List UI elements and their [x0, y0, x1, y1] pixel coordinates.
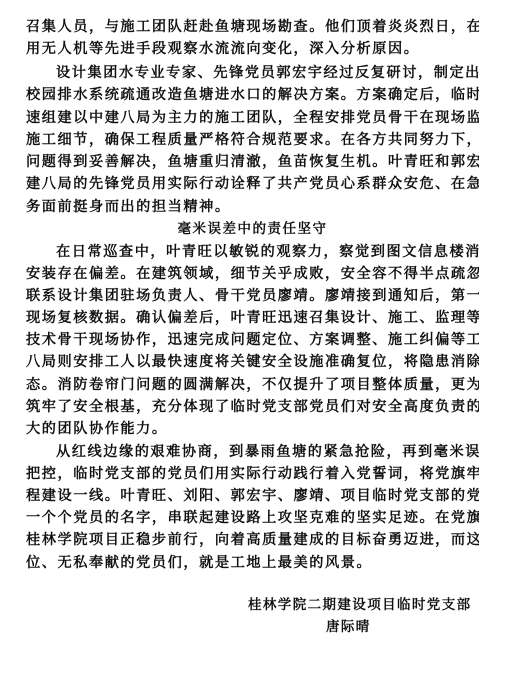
paragraph-2-line-2: 校园排水系统疏通改造鱼塘进水口的解决方案。方案确定后，临时党支部迅 [26, 84, 479, 106]
paragraph-1-line-1: 召集人员，与施工团队赶赴鱼塘现场勘查。他们顶着炎炎烈日，在鱼塘边运 [26, 16, 479, 38]
paragraph-2-line-6: 建八局的先锋党员用实际行动诠释了共产党员心系群众安危、在急难险重任 [26, 173, 479, 195]
paragraph-3-line-4: 现场复核数据。确认偏差后，叶青旺迅速召集设计、施工、监理等环节党员 [26, 307, 479, 329]
paragraph-2-line-1: 设计集团水专业专家、先锋党员郭宏宇经过反复研讨，制定出通过优化 [56, 62, 479, 84]
section-heading: 毫米误差中的责任坚守 [0, 218, 505, 240]
signature-organization: 桂林学院二期建设项目临时党支部 [248, 594, 472, 616]
paragraph-2-line-4: 施工细节，确保工程质量严格符合规范要求。在各方共同努力下，鱼塘过水 [26, 129, 479, 151]
paragraph-4-line-2: 把控，临时党支部的党员们用实际行动践行着入党誓词，将党旗牢牢插在工 [26, 463, 479, 485]
paragraph-1-line-2: 用无人机等先进手段观察水流流向变化，深入分析原因。 [26, 38, 479, 60]
paragraph-2-line-7: 务面前挺身而出的担当精神。 [26, 196, 479, 218]
paragraph-3-line-9: 大的团队协作能力。 [26, 418, 479, 440]
paragraph-3-line-7: 态。消防卷帘门问题的圆满解决，不仅提升了项目整体质量，更为工程推进 [26, 374, 479, 396]
paragraph-4-line-4: 一个个党员的名字，串联起建设路上攻坚克难的坚实足迹。在党旗的引领下， [26, 507, 479, 529]
paragraph-4-line-1: 从红线边缘的艰难协商，到暴雨鱼塘的紧急抢险，再到毫米误差的严格 [56, 441, 479, 463]
paragraph-2-line-5: 问题得到妥善解决，鱼塘重归清澈，鱼苗恢复生机。叶青旺和郭宏宇以及中 [26, 151, 479, 173]
paragraph-4-line-3: 程建设一线。叶青旺、刘阳、郭宏宇、廖靖、项目临时党支部的党员们…… [26, 485, 479, 507]
paragraph-3-line-3: 联系设计集团驻场负责人、骨干党员廖靖。廖靖接到通知后，第一时间赶赴 [26, 285, 479, 307]
document-page: 召集人员，与施工团队赶赴鱼塘现场勘查。他们顶着炎炎烈日，在鱼塘边运 用无人机等先… [0, 0, 505, 688]
paragraph-3-line-1: 在日常巡查中，叶青旺以敏锐的观察力，察觉到图文信息楼消防卷帘门 [56, 241, 479, 263]
paragraph-3-line-2: 安装存在偏差。在建筑领域，细节关乎成败，安全容不得半点疏忽。他立即 [26, 263, 479, 285]
paragraph-3-line-8: 筑牢了安全根基，充分体现了临时党支部党员们对安全高度负责的态度和强 [26, 396, 479, 418]
paragraph-3-line-5: 技术骨干现场协作，迅速完成问题定位、方案调整、施工纠偏等工作，中建 [26, 329, 479, 351]
paragraph-2-line-3: 速组建以中建八局为主力的施工团队，全程安排党员骨干在现场监督每一个 [26, 107, 479, 129]
paragraph-3-line-6: 八局则安排工人以最快速度将关键安全设施准确复位，将隐患消除在萌芽状 [26, 351, 479, 373]
paragraph-4-line-5: 桂林学院项目正稳步前行，向着高质量建成的目标奋勇迈进，而这些坚守岗 [26, 529, 479, 551]
signature-author: 唐际晴 [326, 616, 371, 638]
paragraph-4-line-6: 位、无私奉献的党员们，就是工地上最美的风景。 [26, 552, 479, 574]
